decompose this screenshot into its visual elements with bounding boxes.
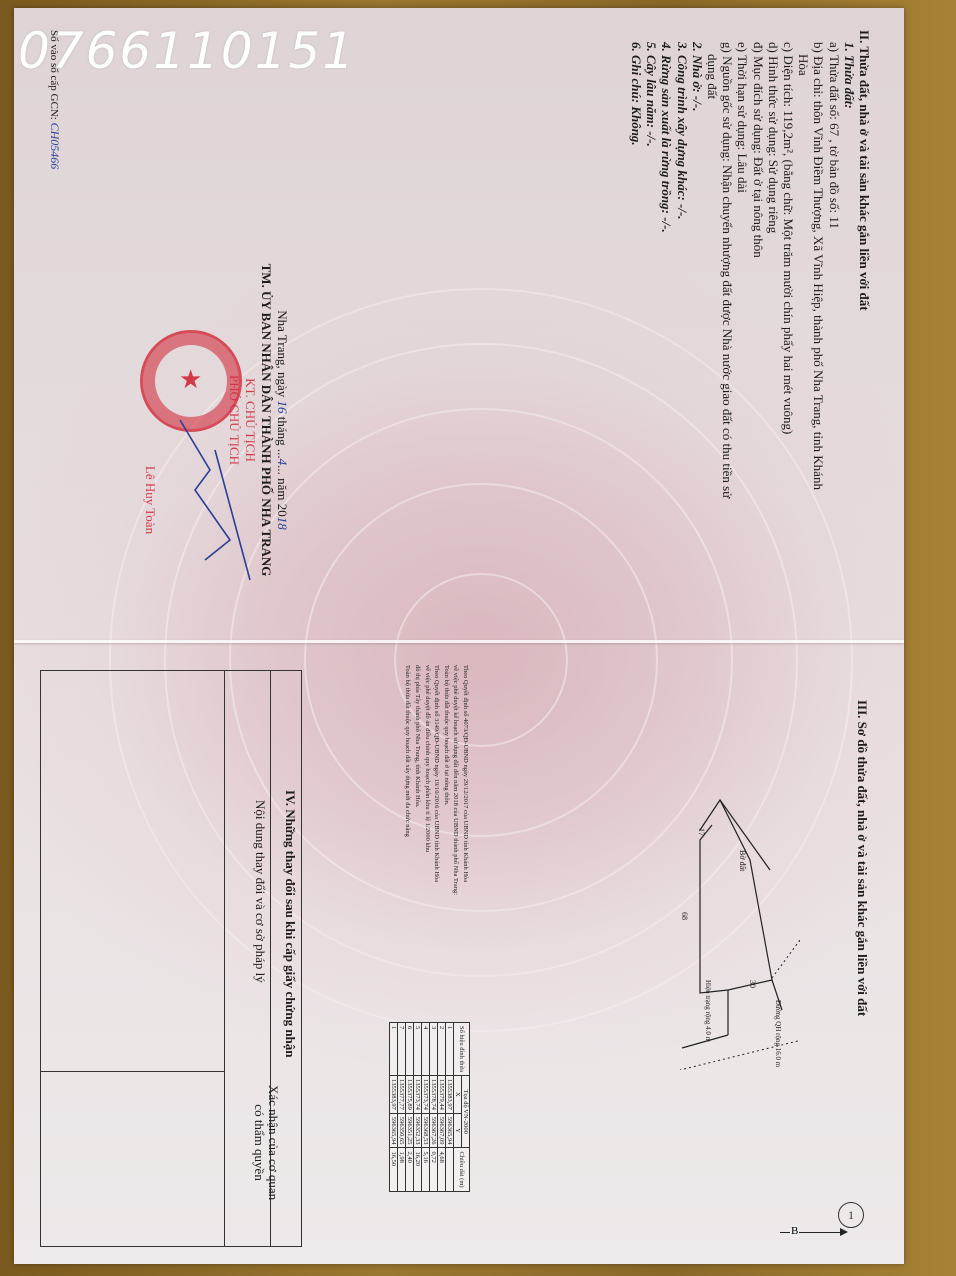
house-item: 2. Nhà ở: -/-. — [690, 30, 705, 498]
issue-day: 16 — [275, 401, 290, 414]
page-fold — [14, 640, 904, 643]
coord-table-row: 11355383,97596365,9416,50 — [390, 1023, 398, 1192]
coord-table-row: 51355373,74596352,3316,20 — [414, 1023, 422, 1192]
issue-month: 4 — [275, 459, 290, 466]
phone-number-watermark: 0766110151 — [18, 22, 356, 80]
issue-date: Nha Trang, ngày 16 tháng ...4... năm 201… — [274, 260, 290, 580]
svg-text:17: 17 — [697, 828, 706, 836]
coord-table-row: 71355377,77596350,651,98 — [398, 1023, 406, 1192]
perennial-tree-item: 5. Cây lâu năm: -/-. — [644, 30, 659, 498]
issue-year: 18 — [275, 517, 290, 530]
page-number-circle: 1 — [838, 1202, 864, 1228]
coordinate-table: Số hiệu đỉnh thửa Tọa độ VN-2000 Chiều d… — [389, 1022, 470, 1192]
usage-origin-cont: dụng đất — [705, 30, 720, 498]
usage-origin: g) Nguồn gốc sử dụng: Nhận chuyển nhượng… — [720, 30, 735, 498]
section-2-land-info: II. Thửa đất, nhà ở và tài sản khác gắn … — [629, 30, 872, 498]
planning-notes: Theo Quyết định số 4073/QĐ-UBND ngày 29/… — [403, 665, 470, 895]
signer-name: Lê Huy Toàn — [143, 440, 158, 560]
svg-text:Bờ đất: Bờ đất — [738, 850, 747, 872]
section-2-title: II. Thửa đất, nhà ở và tài sản khác gắn … — [857, 30, 872, 498]
section-4-title: IV. Những thay đổi sau khi cấp giấy chứn… — [282, 790, 298, 1058]
road-planned-label: Đường QH rộng 16.0 m — [774, 1000, 782, 1067]
coord-table-row: 31355378,74596367,260,72 — [430, 1023, 438, 1192]
land-plot-heading: 1. Thửa đất: — [842, 30, 857, 498]
coord-table-row: 61355375,89596351,252,40 — [406, 1023, 414, 1192]
note-item: 6. Ghi chú: Không. — [629, 30, 644, 498]
road-existing-label: Hiện trạng rộng 4.0 m — [704, 980, 712, 1042]
change-content-header: Nội dung thay đổi và cơ sở pháp lý — [252, 800, 268, 983]
coord-table-row: 11355383,97596365,94 — [446, 1023, 454, 1192]
address-cont: Hòa — [796, 30, 811, 498]
north-arrow-icon: B — [780, 1232, 842, 1233]
svg-text:68: 68 — [680, 912, 689, 920]
area: c) Diện tích: 119,2m², (bằng chữ: Một tr… — [781, 30, 796, 498]
authority-confirm-header: Xác nhận của cơ quan có thẩm quyền — [252, 1085, 280, 1200]
issuing-authority: TM. ỦY BAN NHÂN DÂN THÀNH PHỐ NHA TRANG — [258, 260, 274, 580]
usage-form: d) Hình thức sử dụng: Sử dụng riêng — [766, 30, 781, 498]
plot-number: a) Thửa đất số: 67 , tờ bản đồ số: 11 — [826, 30, 841, 498]
coord-table-row: 41355373,74596368,535,16 — [422, 1023, 430, 1192]
section-3-title: III. Sơ đồ thửa đất, nhà ở và tài sản kh… — [854, 700, 870, 1016]
other-construction-item: 3. Công trình xây dựng khác: -/-. — [674, 30, 689, 498]
forest-item: 4. Rừng sản xuất là rừng trồng: -/-. — [659, 30, 674, 498]
usage-term: e) Thời hạn sử dụng: Lâu dài — [735, 30, 750, 498]
svg-text:30: 30 — [748, 980, 757, 988]
coord-table-row: 21355379,44596367,094,68 — [438, 1023, 446, 1192]
gcn-number: CH05466 — [48, 123, 62, 170]
signature-scribble-icon — [170, 410, 260, 590]
address: b) Địa chỉ: thôn Vĩnh Điềm Thượng, Xã Vĩ… — [811, 30, 826, 498]
usage-purpose: đ) Mục đích sử dụng: Đất ở tại nông thôn — [750, 30, 765, 498]
land-plot-diagram: 17 68 30 Bờ đất 16.0 m — [600, 770, 800, 1070]
